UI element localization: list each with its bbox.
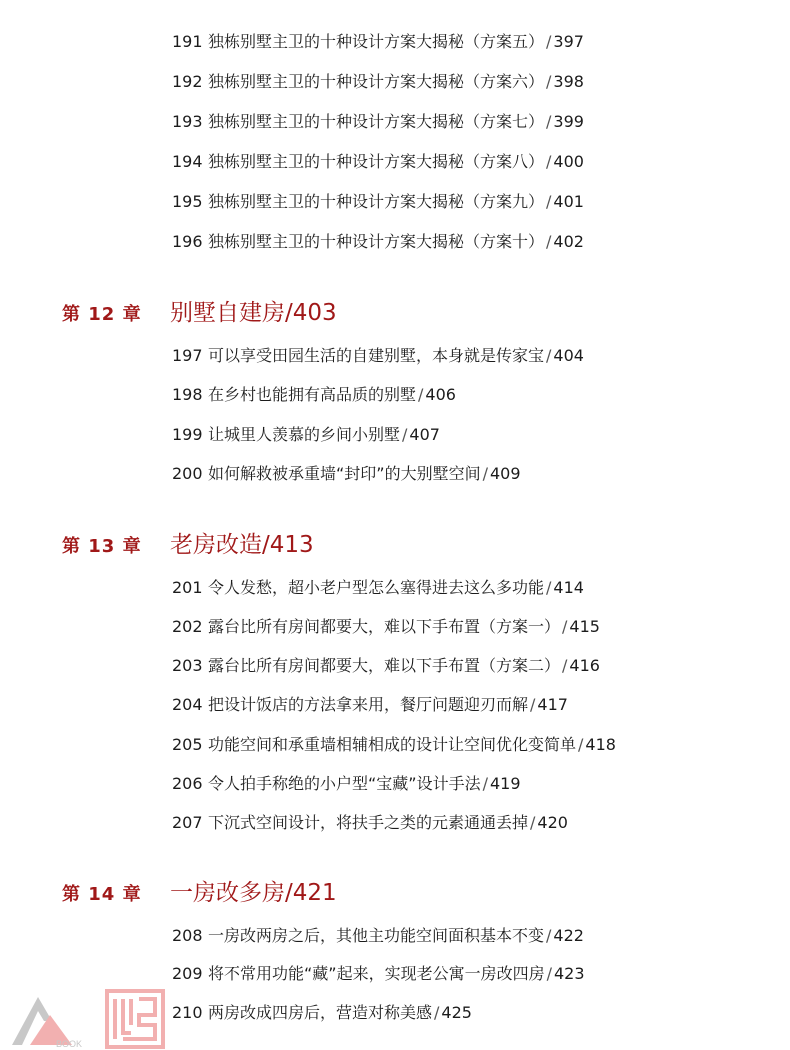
svg-text:BOOK: BOOK xyxy=(56,1039,82,1049)
entry-page: 422 xyxy=(553,926,584,945)
toc-entry[interactable]: 202露台比所有房间都要大，难以下手布置（方案一）/415 xyxy=(172,617,600,637)
chapter-label: 第 14 章 xyxy=(62,880,170,906)
entry-title: 一房改两房之后，其他主功能空间面积基本不变 xyxy=(208,926,544,945)
entry-page: 407 xyxy=(409,425,440,444)
toc-entry[interactable]: 203露台比所有房间都要大，难以下手布置（方案二）/416 xyxy=(172,656,600,676)
entry-title: 令人拍手称绝的小户型“宝藏”设计手法 xyxy=(208,774,481,793)
entry-title: 如何解救被承重墙“封印”的大别墅空间 xyxy=(208,464,481,483)
entry-title: 独栋别墅主卫的十种设计方案大揭秘（方案七） xyxy=(208,112,544,131)
toc-entry[interactable]: 194独栋别墅主卫的十种设计方案大揭秘（方案八）/400 xyxy=(172,152,584,172)
chapter-heading-12[interactable]: 第 12 章别墅自建房/403 xyxy=(62,294,337,327)
toc-entry[interactable]: 205功能空间和承重墙相辅相成的设计让空间优化变简单/418 xyxy=(172,735,616,755)
chapter-label: 第 12 章 xyxy=(62,300,170,326)
entry-page: 425 xyxy=(441,1003,472,1022)
toc-entry[interactable]: 198在乡村也能拥有高品质的别墅/406 xyxy=(172,385,456,405)
separator: / xyxy=(546,152,551,171)
chapter-title: 一房改多房 xyxy=(170,880,285,906)
toc-entry[interactable]: 193独栋别墅主卫的十种设计方案大揭秘（方案七）/399 xyxy=(172,112,584,132)
toc-entry[interactable]: 210两房改成四房后，营造对称美感/425 xyxy=(172,1003,472,1023)
entry-page: 402 xyxy=(553,232,584,251)
entry-title: 独栋别墅主卫的十种设计方案大揭秘（方案九） xyxy=(208,192,544,211)
entry-number: 199 xyxy=(172,425,208,445)
entry-page: 415 xyxy=(569,617,600,636)
toc-entry[interactable]: 208一房改两房之后，其他主功能空间面积基本不变/422 xyxy=(172,926,584,946)
separator: / xyxy=(546,72,551,91)
toc-entry[interactable]: 195独栋别墅主卫的十种设计方案大揭秘（方案九）/401 xyxy=(172,192,584,212)
entry-title: 独栋别墅主卫的十种设计方案大揭秘（方案五） xyxy=(208,32,544,51)
entry-page: 398 xyxy=(553,72,584,91)
toc-entry[interactable]: 209将不常用功能“藏”起来，实现老公寓一房改四房/423 xyxy=(172,964,585,984)
separator: / xyxy=(262,532,270,558)
entry-page: 416 xyxy=(569,656,600,675)
separator: / xyxy=(546,232,551,251)
entry-number: 204 xyxy=(172,695,208,715)
entry-number: 209 xyxy=(172,964,208,984)
entry-title: 令人发愁，超小老户型怎么塞得进去这么多功能 xyxy=(208,578,544,597)
separator: / xyxy=(546,192,551,211)
entry-page: 404 xyxy=(553,346,584,365)
entry-title: 露台比所有房间都要大，难以下手布置（方案二） xyxy=(208,656,560,675)
chapter-title: 老房改造 xyxy=(170,532,262,558)
entry-page: 414 xyxy=(553,578,584,597)
separator: / xyxy=(546,32,551,51)
chapter-label: 第 13 章 xyxy=(62,532,170,558)
entry-number: 192 xyxy=(172,72,208,92)
toc-page: 191独栋别墅主卫的十种设计方案大揭秘（方案五）/397 192独栋别墅主卫的十… xyxy=(0,0,790,1050)
toc-entry[interactable]: 207下沉式空间设计，将扶手之类的元素通通丢掉/420 xyxy=(172,813,568,833)
entry-title: 独栋别墅主卫的十种设计方案大揭秘（方案十） xyxy=(208,232,544,251)
entry-page: 406 xyxy=(425,385,456,404)
separator: / xyxy=(285,880,293,906)
entry-title: 可以享受田园生活的自建别墅，本身就是传家宝 xyxy=(208,346,544,365)
chapter-page: 403 xyxy=(293,300,337,326)
entry-page: 423 xyxy=(554,964,585,983)
entry-title: 独栋别墅主卫的十种设计方案大揭秘（方案六） xyxy=(208,72,544,91)
entry-page: 409 xyxy=(490,464,521,483)
entry-title: 让城里人羡慕的乡间小别墅 xyxy=(208,425,400,444)
entry-number: 202 xyxy=(172,617,208,637)
entry-page: 418 xyxy=(585,735,616,754)
entry-page: 399 xyxy=(553,112,584,131)
entry-title: 将不常用功能“藏”起来，实现老公寓一房改四房 xyxy=(208,964,545,983)
toc-entry[interactable]: 206令人拍手称绝的小户型“宝藏”设计手法/419 xyxy=(172,774,521,794)
separator: / xyxy=(546,926,551,945)
separator: / xyxy=(546,578,551,597)
separator: / xyxy=(562,656,567,675)
entry-page: 397 xyxy=(553,32,584,51)
separator: / xyxy=(483,774,488,793)
separator: / xyxy=(546,112,551,131)
toc-entry[interactable]: 197可以享受田园生活的自建别墅，本身就是传家宝/404 xyxy=(172,346,584,366)
entry-number: 198 xyxy=(172,385,208,405)
entry-number: 201 xyxy=(172,578,208,598)
separator: / xyxy=(562,617,567,636)
chapter-page: 421 xyxy=(293,880,337,906)
separator: / xyxy=(546,346,551,365)
entry-title: 把设计饭店的方法拿来用，餐厅问题迎刃而解 xyxy=(208,695,528,714)
entry-page: 400 xyxy=(553,152,584,171)
toc-entry[interactable]: 196独栋别墅主卫的十种设计方案大揭秘（方案十）/402 xyxy=(172,232,584,252)
toc-entry[interactable]: 200如何解救被承重墙“封印”的大别墅空间/409 xyxy=(172,464,521,484)
toc-entry[interactable]: 204把设计饭店的方法拿来用，餐厅问题迎刃而解/417 xyxy=(172,695,568,715)
entry-number: 210 xyxy=(172,1003,208,1023)
separator: / xyxy=(530,695,535,714)
entry-number: 197 xyxy=(172,346,208,366)
entry-page: 419 xyxy=(490,774,521,793)
entry-title: 在乡村也能拥有高品质的别墅 xyxy=(208,385,416,404)
entry-page: 417 xyxy=(537,695,568,714)
chapter-heading-14[interactable]: 第 14 章一房改多房/421 xyxy=(62,874,337,907)
entry-number: 200 xyxy=(172,464,208,484)
entry-title: 独栋别墅主卫的十种设计方案大揭秘（方案八） xyxy=(208,152,544,171)
toc-entry[interactable]: 192独栋别墅主卫的十种设计方案大揭秘（方案六）/398 xyxy=(172,72,584,92)
entry-number: 203 xyxy=(172,656,208,676)
toc-entry[interactable]: 191独栋别墅主卫的十种设计方案大揭秘（方案五）/397 xyxy=(172,32,584,52)
entry-number: 205 xyxy=(172,735,208,755)
separator: / xyxy=(530,813,535,832)
entry-page: 420 xyxy=(537,813,568,832)
separator: / xyxy=(547,964,552,983)
entry-number: 196 xyxy=(172,232,208,252)
entry-page: 401 xyxy=(553,192,584,211)
entry-number: 195 xyxy=(172,192,208,212)
entry-title: 功能空间和承重墙相辅相成的设计让空间优化变简单 xyxy=(208,735,576,754)
toc-entry[interactable]: 199让城里人羡慕的乡间小别墅/407 xyxy=(172,425,440,445)
toc-entry[interactable]: 201令人发愁，超小老户型怎么塞得进去这么多功能/414 xyxy=(172,578,584,598)
entry-title: 下沉式空间设计，将扶手之类的元素通通丢掉 xyxy=(208,813,528,832)
separator: / xyxy=(285,300,293,326)
separator: / xyxy=(402,425,407,444)
chapter-heading-13[interactable]: 第 13 章老房改造/413 xyxy=(62,526,314,559)
entry-number: 194 xyxy=(172,152,208,172)
chapter-title: 别墅自建房 xyxy=(170,300,285,326)
entry-number: 208 xyxy=(172,926,208,946)
entry-number: 207 xyxy=(172,813,208,833)
watermark: BOOK xyxy=(0,985,170,1050)
book-logo-icon: BOOK xyxy=(0,985,170,1050)
entry-title: 两房改成四房后，营造对称美感 xyxy=(208,1003,432,1022)
entry-number: 193 xyxy=(172,112,208,132)
separator: / xyxy=(434,1003,439,1022)
chapter-page: 413 xyxy=(270,532,314,558)
separator: / xyxy=(483,464,488,483)
entry-number: 206 xyxy=(172,774,208,794)
entry-number: 191 xyxy=(172,32,208,52)
separator: / xyxy=(418,385,423,404)
entry-title: 露台比所有房间都要大，难以下手布置（方案一） xyxy=(208,617,560,636)
separator: / xyxy=(578,735,583,754)
